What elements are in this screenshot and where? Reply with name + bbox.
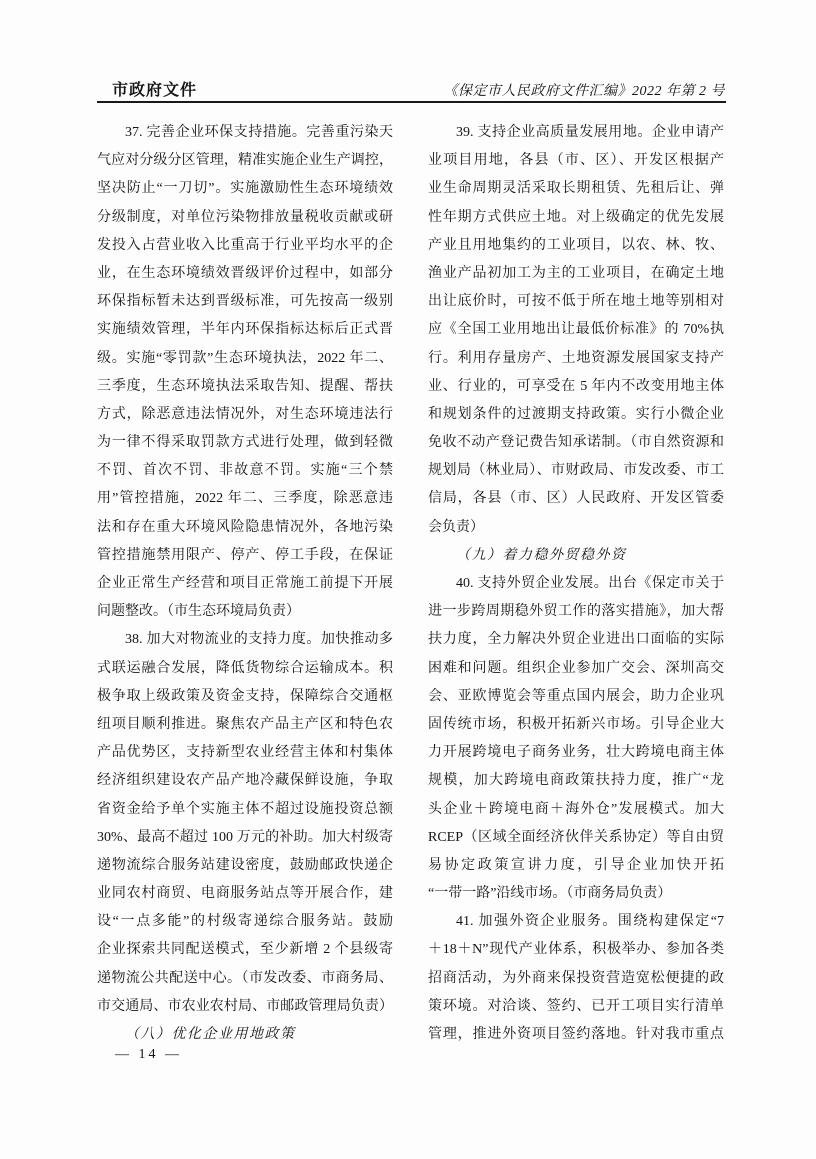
- text-line: 经济组织建设农产品产地冷藏保鲜设施，争取: [97, 767, 393, 795]
- text-line: 设“一点多能”的村级寄递综合服务站。鼓励: [97, 908, 393, 936]
- text-line: 方式，除恶意违法情况外，对生态环境违法行: [97, 401, 393, 429]
- text-line: RCEP（区域全面经济伙伴关系协定）等自由贸: [428, 824, 724, 852]
- right-column: 39. 支持企业高质量发展用地。企业申请产业项目用地，各县（市、区）、开发区根据…: [428, 119, 724, 1049]
- text-line: 发投入占营业收入比重高于行业平均水平的企: [97, 232, 393, 260]
- text-line: 企业正常生产经营和项目正常施工前提下开展: [97, 570, 393, 598]
- text-line: 进一步跨周期稳外贸工作的落实措施》，加大帮: [428, 598, 724, 626]
- paragraph-41: 41. 加强外资企业服务。围绕构建保定“7＋18＋N”现代产业体系，积极举办、参…: [428, 908, 724, 1049]
- text-line: 业，在生态环境绩效晋级评价过程中，如部分: [97, 260, 393, 288]
- text-line: 业项目用地，各县（市、区）、开发区根据产: [428, 147, 724, 175]
- text-line: 市交通局、市农业农村局、市邮政管理局负责）: [97, 993, 393, 1021]
- text-line: 业同农村商贸、电商服务站点等开展合作，建: [97, 880, 393, 908]
- text-line: 出让底价时，可按不低于所在地土地等别相对: [428, 288, 724, 316]
- text-line: 会、亚欧博览会等重点国内展会，助力企业巩: [428, 683, 724, 711]
- text-line: 38. 加大对物流业的支持力度。加快推动多: [97, 626, 393, 654]
- text-line: 法和存在重大环境风险隐患情况外，各地污染: [97, 514, 393, 542]
- text-line: 策环境。对洽谈、签约、已开工项目实行清单: [428, 993, 724, 1021]
- text-line: 产品优势区，支持新型农业经营主体和村集体: [97, 739, 393, 767]
- text-line: （八）优化企业用地政策: [97, 1021, 393, 1049]
- text-line: 固传统市场，积极开拓新兴市场。引导企业大: [428, 711, 724, 739]
- header-rule: [97, 101, 726, 103]
- text-line: 问题整改。（市生态环境局负责）: [97, 598, 393, 626]
- text-line: 规划局（林业局）、市财政局、市发改委、市工: [428, 457, 724, 485]
- text-line: 纽项目顺利推进。聚焦农产品主产区和特色农: [97, 711, 393, 739]
- text-line: “一带一路”沿线市场。（市商务局负责）: [428, 880, 724, 908]
- text-line: 坚决防止“一刀切”。实施激励性生态环境绩效: [97, 175, 393, 203]
- paragraph-40: 40. 支持外贸企业发展。出台《保定市关于进一步跨周期稳外贸工作的落实措施》，加…: [428, 570, 724, 908]
- page-number: — 14 —: [115, 1047, 182, 1063]
- text-line: 不罚、首次不罚、非故意不罚。实施“三个禁: [97, 457, 393, 485]
- text-line: 信局，各县（市、区）人民政府、开发区管委: [428, 485, 724, 513]
- text-line: ＋18＋N”现代产业体系，积极举办、参加各类: [428, 936, 724, 964]
- text-line: 头企业＋跨境电商＋海外仓”发展模式。加大: [428, 796, 724, 824]
- text-line: 管理，推进外资项目签约落地。针对我市重点: [428, 1021, 724, 1049]
- text-line: 免收不动产登记费告知承诺制。（市自然资源和: [428, 429, 724, 457]
- text-line: 管控措施禁用限产、停产、停工手段，在保证: [97, 542, 393, 570]
- text-line: 递物流综合服务站建设密度，鼓励邮政快递企: [97, 852, 393, 880]
- text-line: 规模，加大跨境电商政策扶持力度，推广“龙: [428, 767, 724, 795]
- text-line: 分级制度，对单位污染物排放量税收贡献或研: [97, 204, 393, 232]
- header-left-title: 市政府文件: [112, 77, 197, 100]
- paragraph-37: 37. 完善企业环保支持措施。完善重污染天气应对分级分区管理，精准实施企业生产调…: [97, 119, 393, 626]
- left-column: 37. 完善企业环保支持措施。完善重污染天气应对分级分区管理，精准实施企业生产调…: [97, 119, 393, 1049]
- section-heading-9: （九）着力稳外贸稳外资: [428, 542, 724, 570]
- text-line: （九）着力稳外贸稳外资: [428, 542, 724, 570]
- text-line: 39. 支持企业高质量发展用地。企业申请产: [428, 119, 724, 147]
- text-line: 会负责）: [428, 514, 724, 542]
- text-line: 应《全国工业用地出让最低价标准》的 70%执: [428, 316, 724, 344]
- text-line: 扶力度，全力解决外贸企业进出口面临的实际: [428, 626, 724, 654]
- text-line: 招商活动，为外商来保投资营造宽松便捷的政: [428, 965, 724, 993]
- text-line: 级。实施“零罚款”生态环境执法，2022 年二、: [97, 345, 393, 373]
- text-line: 37. 完善企业环保支持措施。完善重污染天: [97, 119, 393, 147]
- header-right-title: 《保定市人民政府文件汇编》2022 年第 2 号: [444, 80, 726, 100]
- text-line: 40. 支持外贸企业发展。出台《保定市关于: [428, 570, 724, 598]
- text-line: 行。利用存量房产、土地资源发展国家支持产: [428, 345, 724, 373]
- document-page: 市政府文件 《保定市人民政府文件汇编》2022 年第 2 号 37. 完善企业环…: [0, 0, 816, 1159]
- text-line: 和规划条件的过渡期支持政策。实行小微企业: [428, 401, 724, 429]
- paragraph-38: 38. 加大对物流业的支持力度。加快推动多式联运融合发展，降低货物综合运输成本。…: [97, 626, 393, 1021]
- text-line: 业、行业的，可享受在 5 年内不改变用地主体: [428, 373, 724, 401]
- text-line: 实施绩效管理，半年内环保指标达标后正式晋: [97, 316, 393, 344]
- text-line: 递物流公共配送中心。（市发改委、市商务局、: [97, 965, 393, 993]
- text-line: 气应对分级分区管理，精准实施企业生产调控，: [97, 147, 393, 175]
- text-line: 易协定政策宣讲力度，引导企业加快开拓 RCEP、: [428, 852, 724, 880]
- section-heading-8: （八）优化企业用地政策: [97, 1021, 393, 1049]
- text-line: 30%、最高不超过 100 万元的补助。加大村级寄: [97, 824, 393, 852]
- text-line: 渔业产品初加工为主的工业项目，在确定土地: [428, 260, 724, 288]
- text-line: 三季度，生态环境执法采取告知、提醒、帮扶: [97, 373, 393, 401]
- text-line: 为一律不得采取罚款方式进行处理，做到轻微: [97, 429, 393, 457]
- text-line: 性年期方式供应土地。对上级确定的优先发展: [428, 204, 724, 232]
- text-line: 省资金给予单个实施主体不超过设施投资总额: [97, 796, 393, 824]
- text-line: 业生命周期灵活采取长期租赁、先租后让、弹: [428, 175, 724, 203]
- text-line: 式联运融合发展，降低货物综合运输成本。积: [97, 655, 393, 683]
- text-line: 41. 加强外资企业服务。围绕构建保定“7: [428, 908, 724, 936]
- text-line: 极争取上级政策及资金支持，保障综合交通枢: [97, 683, 393, 711]
- text-line: 困难和问题。组织企业参加广交会、深圳高交: [428, 655, 724, 683]
- text-line: 企业探索共同配送模式，至少新增 2 个县级寄: [97, 936, 393, 964]
- text-line: 环保指标暂未达到晋级标准，可先按高一级别: [97, 288, 393, 316]
- text-line: 力开展跨境电子商务业务，壮大跨境电商主体: [428, 739, 724, 767]
- text-line: 产业且用地集约的工业项目，以农、林、牧、: [428, 232, 724, 260]
- text-line: 用”管控措施，2022 年二、三季度，除恶意违: [97, 485, 393, 513]
- paragraph-39: 39. 支持企业高质量发展用地。企业申请产业项目用地，各县（市、区）、开发区根据…: [428, 119, 724, 542]
